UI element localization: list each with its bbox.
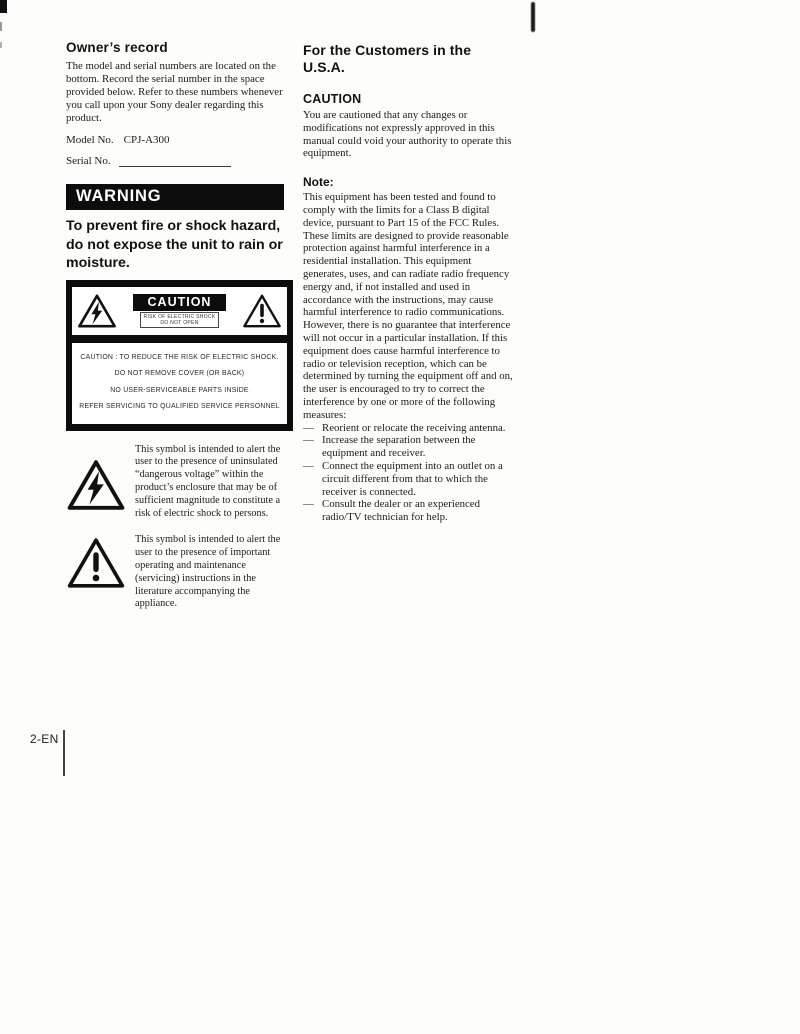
lightning-triangle-icon [66, 458, 126, 512]
warning-banner: WARNING [66, 184, 284, 210]
risk-line-1: RISK OF ELECTRIC SHOCK [144, 314, 216, 320]
serial-label: Serial No. [66, 155, 111, 167]
right-column: For the Customers in the U.S.A. CAUTION … [303, 42, 515, 524]
customers-usa-title: For the Customers in the U.S.A. [303, 42, 503, 75]
dash-bullet: — [303, 498, 322, 524]
warning-banner-label: WARNING [76, 187, 161, 205]
warning-text: To prevent fire or shock hazard, do not … [66, 217, 284, 273]
exclamation-triangle-icon [66, 536, 126, 590]
caution-graphic-bottom-panel: CAUTION : TO REDUCE THE RISK OF ELECTRIC… [72, 343, 287, 424]
caution-instruction-line: NO USER-SERVICEABLE PARTS INSIDE [74, 383, 285, 400]
measure-item: — Reorient or relocate the receiving ant… [303, 422, 515, 435]
model-value: CPJ-A300 [124, 134, 170, 146]
caution-graphic: CAUTION RISK OF ELECTRIC SHOCK DO NOT OP… [66, 280, 293, 431]
caution-graphic-center: CAUTION RISK OF ELECTRIC SHOCK DO NOT OP… [133, 294, 227, 328]
scan-bar-artifact [531, 2, 535, 32]
measure-text: Increase the separation between the equi… [322, 434, 515, 460]
dash-bullet: — [303, 422, 322, 435]
scan-corner-artifact [0, 0, 7, 13]
caution-instruction-line: CAUTION : TO REDUCE THE RISK OF ELECTRIC… [74, 350, 285, 367]
measure-item: — Connect the equipment into an outlet o… [303, 460, 515, 498]
dash-bullet: — [303, 434, 322, 460]
caution-graphic-divider [72, 335, 287, 343]
symbol-explanation-text: This symbol is intended to alert the use… [135, 534, 287, 611]
lightning-triangle-icon [77, 293, 117, 329]
serial-number-line: Serial No. [66, 155, 288, 167]
scan-edge-mark [0, 42, 2, 48]
owners-record-title: Owner’s record [66, 40, 288, 55]
dash-bullet: — [303, 460, 322, 498]
note-heading: Note: [303, 175, 515, 189]
measure-text: Consult the dealer or an experienced rad… [322, 498, 515, 524]
serial-blank-line [119, 155, 231, 167]
page-number: 2-EN [30, 732, 59, 746]
model-label: Model No. [66, 134, 114, 146]
caution-paragraph: You are cautioned that any changes or mo… [303, 109, 515, 160]
symbol-explanation-row: This symbol is intended to alert the use… [66, 444, 288, 521]
left-column: Owner’s record The model and serial numb… [66, 40, 288, 611]
caution-heading: CAUTION [303, 92, 515, 106]
owners-record-body: The model and serial numbers are located… [66, 60, 288, 125]
measure-text: Reorient or relocate the receiving anten… [322, 422, 515, 435]
measure-item: — Consult the dealer or an experienced r… [303, 498, 515, 524]
symbol-explanation-text: This symbol is intended to alert the use… [135, 444, 287, 521]
measure-item: — Increase the separation between the eq… [303, 434, 515, 460]
fcc-note-paragraph: This equipment has been tested and found… [303, 191, 515, 421]
caution-instruction-line: DO NOT REMOVE COVER (OR BACK) [74, 366, 285, 383]
exclamation-triangle-icon [242, 293, 282, 329]
page-number-tick [63, 730, 65, 776]
risk-of-shock-box: RISK OF ELECTRIC SHOCK DO NOT OPEN [140, 312, 220, 328]
manual-page: Owner’s record The model and serial numb… [0, 0, 800, 1034]
caution-instruction-line: REFER SERVICING TO QUALIFIED SERVICE PER… [74, 399, 285, 416]
scan-edge-mark [0, 22, 2, 31]
measure-text: Connect the equipment into an outlet on … [322, 460, 515, 498]
page-number-area: 2-EN [30, 730, 59, 748]
caution-graphic-top-panel: CAUTION RISK OF ELECTRIC SHOCK DO NOT OP… [72, 287, 287, 335]
symbol-explanation-row: This symbol is intended to alert the use… [66, 534, 288, 611]
caution-label: CAUTION [133, 294, 227, 311]
risk-line-2: DO NOT OPEN [144, 320, 216, 326]
model-number-line: Model No.CPJ-A300 [66, 134, 288, 146]
